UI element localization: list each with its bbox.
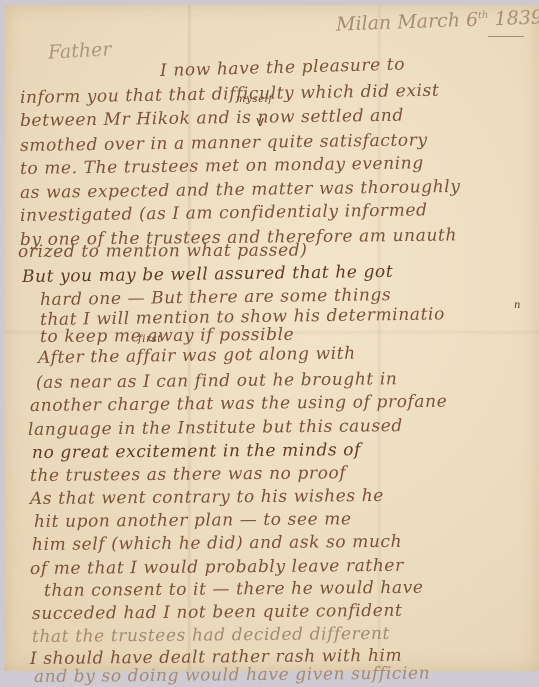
letter-line: that the trustees had decided different	[32, 624, 390, 647]
letter-line: to keep me away if possible	[40, 325, 294, 347]
dateline-place: Milan	[336, 12, 392, 36]
letter-line: hit upon another plan — to see me	[34, 509, 352, 532]
letter-line: him self (which he did) and ask so much	[32, 532, 402, 555]
letter-salutation: Father	[47, 38, 111, 63]
letter-line: As that went contrary to his wishes he	[30, 486, 384, 509]
letter-line: succeded had I not been quite confident	[32, 601, 403, 624]
letter-line: of me that I would probably leave rather	[30, 556, 404, 579]
letter-line: language in the Institute but this cause…	[28, 416, 403, 440]
letter-line: orized to mention what passed)	[18, 240, 308, 262]
interlinear-insertion-n: n	[514, 300, 521, 311]
letter-line: than consent to it — there he would have	[44, 578, 424, 601]
letter-line: the trustees as there was no proof	[30, 463, 346, 486]
dateline-date-suffix: th	[478, 10, 489, 21]
dateline-year: 1839	[494, 6, 539, 30]
dateline-date: March 6	[397, 9, 479, 34]
letter-line: (as near as I can find out he brought in	[36, 369, 398, 393]
dateline-underline	[488, 36, 524, 37]
scanned-letter: Milan March 6th 1839 Father myself v n f…	[0, 0, 539, 671]
letter-line: no great excitement in the minds of	[32, 440, 361, 463]
